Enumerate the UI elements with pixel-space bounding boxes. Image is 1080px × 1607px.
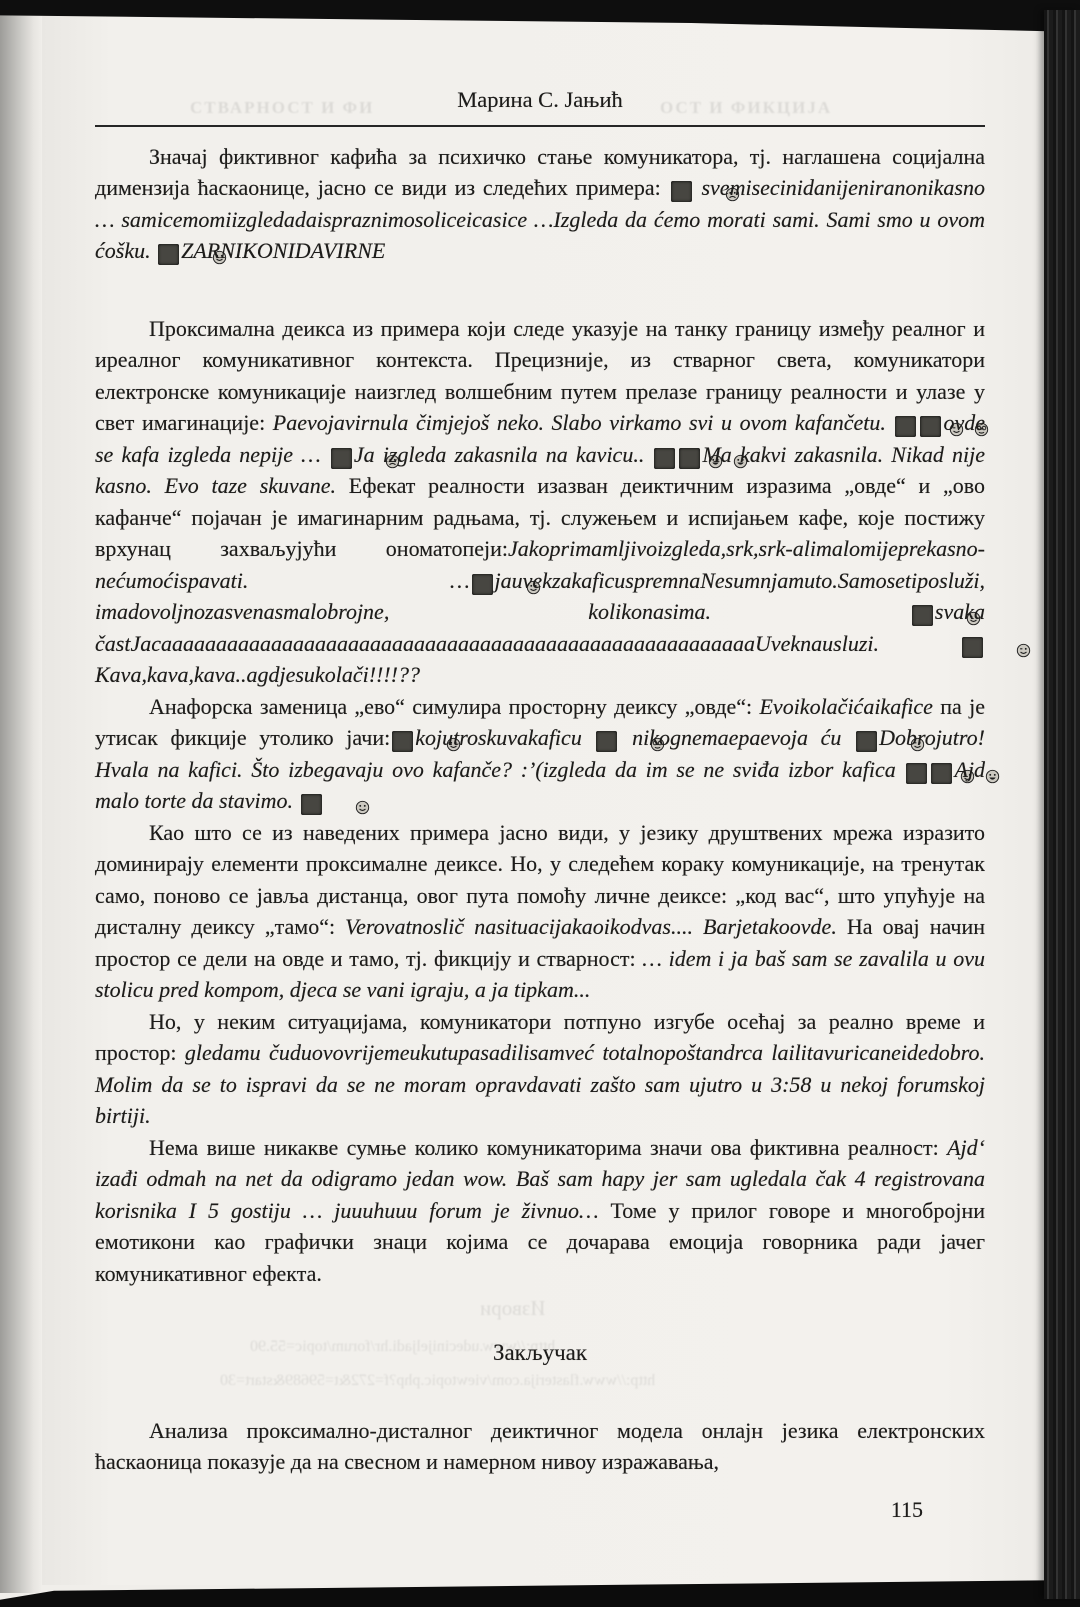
emoticon-smile-icon	[392, 731, 413, 752]
emoticon-smile-icon	[158, 244, 179, 265]
author-header: Марина С. Јањић	[95, 84, 985, 116]
body-text: Анафорска заменица „ево“ симулира просто…	[149, 694, 759, 719]
emoticon-wink-icon	[856, 731, 877, 752]
chat-example-text: kojutroskuvakaficu	[415, 725, 594, 750]
page-content: Марина С. Јањић Значај фиктивног кафића …	[95, 84, 985, 1525]
page-number: 115	[95, 1494, 985, 1526]
emoticon-wink-icon	[895, 416, 916, 437]
chat-example-text: Kava,kava,kava..agdjesukolači!!!!??	[95, 662, 420, 687]
chat-example-text: nikognemaepaevoja ću	[619, 725, 854, 750]
paragraph: Анафорска заменица „ево“ симулира просто…	[95, 691, 985, 817]
emoticon-laugh-icon	[679, 448, 700, 469]
page-curl-left	[0, 12, 42, 1593]
chat-example-text: Ja izgleda zakasnila na kavicu..	[354, 442, 653, 467]
emoticon-wink-icon	[962, 637, 983, 658]
chat-example-text: Evoikolačićaikafice	[759, 694, 940, 719]
emoticon-sad-icon	[671, 181, 692, 202]
section-heading: Закључак	[95, 1337, 985, 1369]
scanned-book-page: { "page": { "author_header": "Марина С. …	[0, 0, 1080, 1607]
emoticon-smile-icon	[301, 794, 322, 815]
chat-example-text: ZARNIKONIDAVIRNE	[181, 238, 385, 263]
emoticon-wink-icon	[912, 605, 933, 626]
paragraph: Као што се из наведених примера јасно ви…	[95, 817, 985, 1006]
body-text: Анализа проксимално-дисталног деиктичног…	[95, 1418, 985, 1475]
emoticon-glasses-icon	[596, 731, 617, 752]
paragraph: Проксимална деикса из примера који следе…	[95, 313, 985, 691]
paragraph: Но, у неким ситуацијама, комуникатори по…	[95, 1006, 985, 1132]
chat-example-text: Verovatnoslič nasituacijakaoikodvas.... …	[345, 914, 847, 939]
emoticon-smile-icon	[472, 574, 493, 595]
emoticon-sad-icon	[331, 448, 352, 469]
emoticon-laugh-icon	[654, 448, 675, 469]
emoticon-laugh-icon	[931, 763, 952, 784]
chat-example-text: Paevojavirnula čimjejoš neko. Slabo virk…	[273, 410, 894, 435]
emoticon-glasses-icon	[920, 416, 941, 437]
book-spine-right	[1044, 10, 1080, 1599]
body-text: Нема више никакве сумње колико комуникат…	[149, 1135, 947, 1160]
emoticon-smile-icon	[906, 763, 927, 784]
chat-example-text: gledamu čuduovovrijemeukutupasadilisamve…	[95, 1040, 985, 1128]
paragraph: Анализа проксимално-дисталног деиктичног…	[95, 1415, 985, 1478]
paragraph: Значај фиктивног кафића за психичко стањ…	[95, 141, 985, 267]
paragraph: Нема више никакве сумње колико комуникат…	[95, 1132, 985, 1290]
header-rule	[95, 125, 985, 127]
